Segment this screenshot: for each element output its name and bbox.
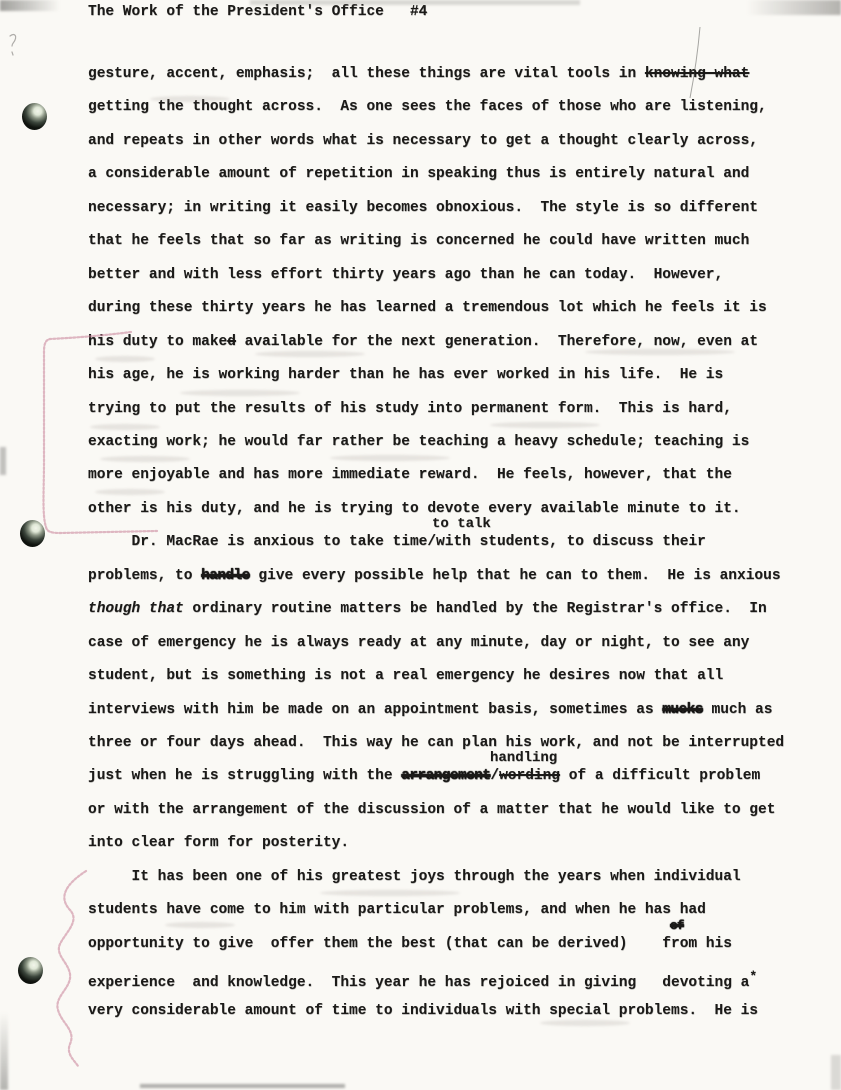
typed-segment: case of emergency he is always ready at … bbox=[88, 635, 749, 651]
typed-segment: more enjoyable and has more immediate re… bbox=[88, 467, 732, 483]
typed-line-3: and repeats in other words what is neces… bbox=[88, 134, 758, 150]
typed-line-10: his age, he is working harder than he ha… bbox=[88, 368, 723, 384]
typed-segment: / bbox=[490, 768, 499, 784]
typed-line-18: case of emergency he is always ready at … bbox=[88, 636, 749, 652]
typed-segment: into clear form for posterity. bbox=[88, 835, 349, 851]
erasure-smudge bbox=[100, 456, 190, 462]
scan-smudge-bottom-edge bbox=[140, 1084, 345, 1088]
erasure-smudge bbox=[585, 349, 735, 355]
typed-line-25: It has been one of his greatest joys thr… bbox=[88, 870, 741, 886]
typed-segment: better and with less effort thirty years… bbox=[88, 267, 723, 283]
typed-segment: students have come to him with particula… bbox=[88, 902, 706, 918]
typed-line-4: a considerable amount of repetition in s… bbox=[88, 167, 749, 183]
typed-segment: problems, to bbox=[88, 568, 201, 584]
typed-line-2: getting the thought across. As one sees … bbox=[88, 100, 767, 116]
typed-line-1: gesture, accent, emphasis; all these thi… bbox=[88, 67, 749, 83]
page-title: The Work of the President's Office #4 bbox=[88, 5, 427, 21]
typed-line-16: problems, to handle give every possible … bbox=[88, 569, 781, 585]
typed-segment: Dr. MacRae is anxious to take time/with … bbox=[88, 534, 706, 550]
typed-line-5: necessary; in writing it easily becomes … bbox=[88, 201, 758, 217]
scratch-mark bbox=[690, 27, 700, 98]
typed-segment: and repeats in other words what is neces… bbox=[88, 133, 758, 149]
punch-hole-middle bbox=[20, 520, 45, 547]
erasure-smudge bbox=[540, 1020, 630, 1026]
scan-smudge-bottom-left bbox=[0, 1012, 8, 1090]
typed-segment: three or four days ahead. This way he ca… bbox=[88, 735, 784, 751]
scan-smudge-top bbox=[250, 0, 580, 5]
punch-hole-top bbox=[22, 103, 47, 130]
typed-segment: * bbox=[749, 969, 757, 984]
scan-smudge-left-edge bbox=[0, 447, 6, 475]
typed-segment: arrangement bbox=[401, 768, 490, 784]
typed-segment: or with the arrangement of the discussio… bbox=[88, 802, 775, 818]
typed-segment: his duty to make bbox=[88, 334, 227, 350]
inline-insertion-handling: handling bbox=[490, 751, 557, 766]
typed-line-14: other is his duty, and he is trying to d… bbox=[88, 502, 741, 518]
erasure-smudge bbox=[165, 922, 235, 928]
scan-smudge-bottom-right bbox=[831, 1055, 841, 1090]
typed-segment: a considerable amount of repetition in s… bbox=[88, 166, 749, 182]
typed-segment: handle bbox=[201, 568, 250, 584]
punch-hole-bottom bbox=[18, 957, 43, 984]
typed-line-27: opportunity to give offer them the best … bbox=[88, 937, 732, 953]
typed-segment: ordinary routine matters be handled by t… bbox=[184, 601, 767, 617]
inline-insertion-to-talk: to talk bbox=[432, 517, 491, 532]
typed-segment: give every possible help that he can to … bbox=[250, 568, 781, 584]
typed-line-6: that he feels that so far as writing is … bbox=[88, 234, 749, 250]
typed-line-8: during these thirty years he has learned… bbox=[88, 301, 767, 317]
typed-segment: gesture, accent, emphasis; all these thi… bbox=[88, 66, 645, 82]
typed-segment: It has been one of his greatest joys thr… bbox=[88, 869, 741, 885]
erasure-smudge bbox=[255, 351, 365, 357]
inline-insertion-struck-of: of bbox=[670, 920, 684, 934]
typed-segment: just when he is struggling with the bbox=[88, 768, 401, 784]
typed-segment: during these thirty years he has learned… bbox=[88, 300, 767, 316]
erasure-smudge bbox=[330, 455, 450, 461]
typed-line-21: three or four days ahead. This way he ca… bbox=[88, 736, 784, 752]
typed-segment: that he feels that so far as writing is … bbox=[88, 233, 749, 249]
typed-segment: his age, he is working harder than he ha… bbox=[88, 367, 723, 383]
typed-line-28: experience and knowledge. This year he h… bbox=[88, 970, 757, 992]
typed-segment: trying to put the results of his study i… bbox=[88, 401, 732, 417]
erasure-smudge bbox=[95, 489, 165, 495]
typed-segment: much as bbox=[703, 702, 773, 718]
typed-segment: available for the next generation. There… bbox=[236, 334, 758, 350]
typed-segment: exacting work; he would far rather be te… bbox=[88, 434, 749, 450]
typed-line-12: exacting work; he would far rather be te… bbox=[88, 435, 749, 451]
typed-line-24: into clear form for posterity. bbox=[88, 836, 349, 852]
typed-line-20: interviews with him be made on an appoin… bbox=[88, 703, 772, 719]
scan-smudge-top-left bbox=[0, 0, 60, 11]
typed-line-29: very considerable amount of time to indi… bbox=[88, 1004, 758, 1020]
erasure-smudge bbox=[90, 424, 160, 430]
typed-segment: mucks bbox=[662, 702, 703, 718]
scan-smudge-top-right bbox=[746, 0, 841, 15]
typed-segment: necessary; in writing it easily becomes … bbox=[88, 200, 758, 216]
typed-segment: experience and knowledge. This year he h… bbox=[88, 975, 749, 991]
erasure-smudge bbox=[150, 96, 230, 102]
typed-line-19: student, but is something is not a real … bbox=[88, 669, 723, 685]
typed-segment: opportunity to give offer them the best … bbox=[88, 936, 732, 952]
typed-segment: interviews with him be made on an appoin… bbox=[88, 702, 662, 718]
typed-line-17: though that ordinary routine matters be … bbox=[88, 602, 767, 618]
typed-line-7: better and with less effort thirty years… bbox=[88, 268, 723, 284]
typed-line-11: trying to put the results of his study i… bbox=[88, 402, 732, 418]
typed-segment: of a difficult problem bbox=[560, 768, 760, 784]
typed-segment: student, but is something is not a real … bbox=[88, 668, 723, 684]
erasure-smudge bbox=[95, 356, 155, 362]
typed-segment: wording bbox=[499, 768, 560, 784]
typed-line-22: just when he is struggling with the arra… bbox=[88, 769, 760, 785]
typed-line-15: Dr. MacRae is anxious to take time/with … bbox=[88, 535, 706, 551]
typed-line-26: students have come to him with particula… bbox=[88, 903, 706, 919]
typed-segment: very considerable amount of time to indi… bbox=[88, 1003, 758, 1019]
typed-segment: though that bbox=[88, 601, 184, 617]
erasure-smudge bbox=[320, 890, 460, 896]
typed-line-13: more enjoyable and has more immediate re… bbox=[88, 468, 732, 484]
pencil-question-mark bbox=[10, 35, 16, 55]
typed-segment: d bbox=[227, 334, 236, 350]
erasure-smudge bbox=[490, 422, 600, 428]
typed-segment: other is his duty, and he is trying to d… bbox=[88, 501, 741, 517]
margin-squiggle-mark bbox=[57, 871, 86, 1066]
scanned-page: The Work of the President's Office #4 ge… bbox=[0, 0, 841, 1090]
typed-segment: knowing what bbox=[645, 66, 749, 82]
typed-line-23: or with the arrangement of the discussio… bbox=[88, 803, 775, 819]
erasure-smudge bbox=[180, 390, 300, 396]
